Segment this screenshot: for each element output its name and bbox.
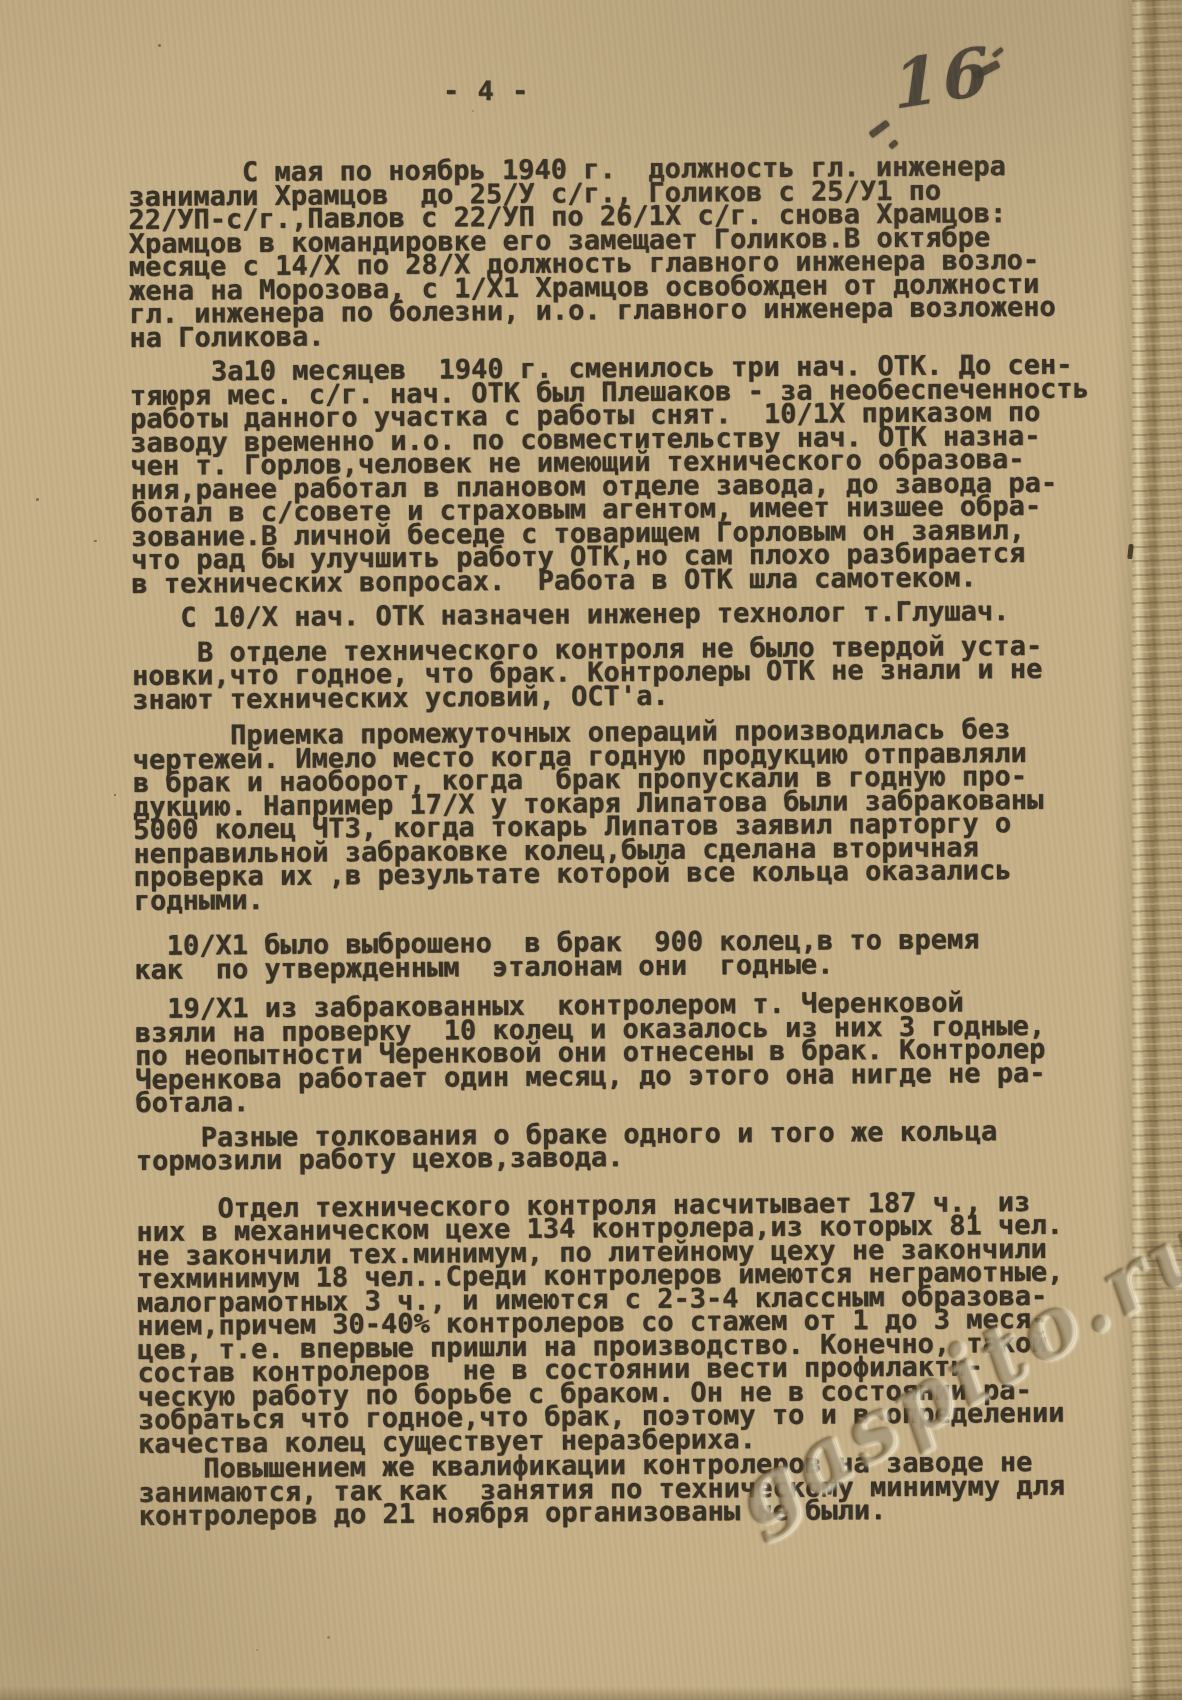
text-line: знают технических условий, ОСТ'а.: [132, 681, 1132, 712]
paper-speck: [327, 1636, 330, 1639]
pencil-dash-right-tail: [992, 47, 1004, 58]
paper-speck: [472, 110, 474, 112]
pencil-dash-left-tail: [888, 139, 899, 150]
paragraph: Разные толкования о браке одного и того …: [136, 1119, 1136, 1174]
paper-speck: [36, 498, 39, 501]
paper-speck: [114, 794, 116, 796]
paragraph: Приемка промежуточных операций производи…: [132, 717, 1133, 913]
page-bottom-edge: [0, 1686, 1182, 1700]
text-line: С 10/Х нач. ОТК назначен инженер техноло…: [131, 599, 1131, 630]
typewritten-text: С мая по ноябрь 1940 г. должность гл. ин…: [128, 154, 1139, 1539]
text-line: в технических вопросах. Работа в ОТК шла…: [131, 565, 1131, 596]
paragraph: Отдел технического контроля насчитывает …: [136, 1190, 1138, 1456]
paragraph: С 10/Х нач. ОТК назначен инженер техноло…: [131, 599, 1131, 630]
typed-page-number: - 4 -: [443, 80, 529, 104]
paragraph: 10/Х1 было выброшено в брак 900 колец,в …: [134, 927, 1134, 982]
paragraph: С мая по ноябрь 1940 г. должность гл. ин…: [128, 154, 1129, 350]
page-right-edge: [1132, 0, 1182, 1700]
paper-speck: [94, 540, 97, 542]
paragraph: За10 месяцев 1940 г. сменилось три нач. …: [130, 353, 1132, 596]
pencil-dash-left: [868, 120, 890, 139]
text-line: Черенкова работает один месяц, до этого …: [135, 1061, 1135, 1092]
pencil-page-number: 16: [844, 29, 1029, 164]
paper-speck: [158, 44, 161, 47]
paragraph: Повышением же квалификации контролеров н…: [138, 1450, 1139, 1528]
text-line: проверка их ,в результате которой все ко…: [134, 858, 1134, 889]
paragraph: 19/Х1 из забракованных контролером т. Че…: [135, 990, 1136, 1115]
paper-speck: [256, 1649, 258, 1651]
text-line: как по утвержденным эталонам они годные.: [134, 951, 1134, 982]
paragraph: В отделе технического контроля не было т…: [132, 634, 1133, 712]
scanned-document-page: - 4 - 16 С мая по ноябрь 1940 г. должнос…: [0, 0, 1182, 1700]
